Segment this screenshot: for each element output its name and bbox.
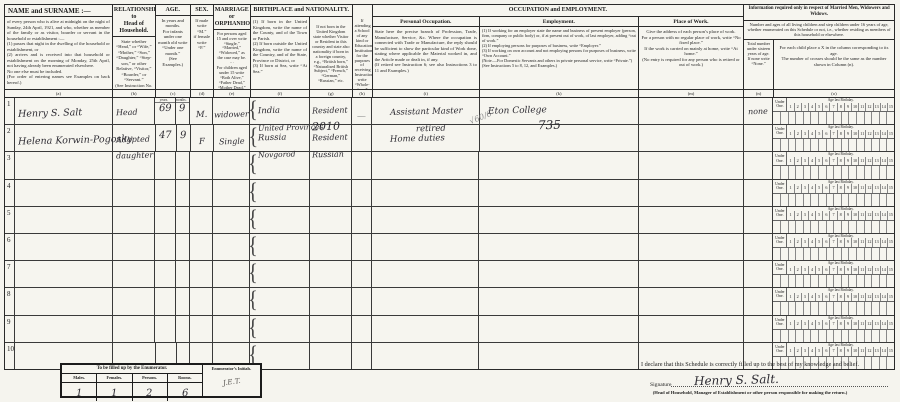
age-number-cell: 7 <box>829 211 836 220</box>
age-number-cell: 12 <box>865 184 872 193</box>
age-cross-box <box>857 166 865 178</box>
age-cross-box <box>789 166 797 178</box>
relationship-cell <box>113 261 156 287</box>
age-number-cell: 5 <box>815 211 822 220</box>
marriage-cell <box>213 288 250 314</box>
age-number-cell: 9 <box>844 347 851 356</box>
children-age-grid-cell: Under One.Age last Birthday.123456789101… <box>773 261 894 287</box>
children-total-cell <box>744 288 774 314</box>
children-band-subtitle: Number and ages of all living children a… <box>744 21 894 41</box>
age-cross-box <box>880 194 888 206</box>
table-header: NAME and SURNAME :— of every person who … <box>5 5 894 98</box>
age-cross-box <box>842 112 850 124</box>
age-number-cell: 6 <box>822 130 829 139</box>
age-cross-box <box>804 221 812 233</box>
relationship-column-instructions: State whether “Head,” or “Wife,” “Mother… <box>113 37 155 89</box>
handwriting-entry: M. <box>195 110 207 120</box>
age-cross-box <box>865 166 873 178</box>
enumerator-header: Persons. <box>133 374 168 382</box>
printed-brace: { <box>248 179 258 204</box>
age-number-cell: 12 <box>865 347 872 356</box>
enumerator-header: Rooms. <box>168 374 202 382</box>
age-number-cell: 4 <box>808 157 815 166</box>
age-number-cell: 12 <box>865 320 872 329</box>
age-number-cell: 11 <box>858 293 865 302</box>
age-cross-box <box>811 275 819 287</box>
age-number-cell: 10 <box>851 130 858 139</box>
age-cross-box <box>834 248 842 260</box>
age-months-subcell: 9 <box>175 98 189 124</box>
age-cross-box <box>819 166 827 178</box>
place-of-work-cell <box>639 207 744 233</box>
age-cross-box <box>834 139 842 151</box>
age-cross-box <box>781 112 789 124</box>
sex-cell <box>190 152 213 178</box>
age-number-cell: 3 <box>801 266 808 275</box>
printed-brace: { <box>248 206 258 231</box>
handwriting-entry: Single <box>219 137 245 147</box>
education-cell <box>352 152 372 178</box>
age-cross-box <box>819 275 827 287</box>
children-age-grid-cell: Under One.Age last Birthday.123456789101… <box>773 234 894 260</box>
age-number-cell: 13 <box>872 266 879 275</box>
age-number-cell: 2 <box>794 320 801 329</box>
name-column-title: NAME and SURNAME :— <box>5 5 112 17</box>
age-number-cell: 15 <box>887 293 894 302</box>
sex-cell <box>190 316 213 342</box>
age-cross-box <box>865 275 873 287</box>
age-cross-box <box>887 221 894 233</box>
age-cross-box <box>872 166 880 178</box>
age-cross-box <box>865 248 873 260</box>
relationship-cell <box>113 152 156 178</box>
age-cross-box <box>796 166 804 178</box>
age-cross-box <box>872 139 880 151</box>
age-number-cell: 13 <box>873 130 880 139</box>
birthplace-cell: { <box>250 207 310 233</box>
age-number-cell: 5 <box>815 347 822 356</box>
age-number-cell: 15 <box>887 157 894 166</box>
name-cell <box>15 316 113 342</box>
age-number-cell: 8 <box>837 238 844 247</box>
age-number-cell: 14 <box>880 266 887 275</box>
age-number-cell: 13 <box>872 157 879 166</box>
row-number-cell: 4 <box>5 180 15 206</box>
age-cross-box <box>842 221 850 233</box>
education-column-instructions: If attending a School of any kind or Edu… <box>353 5 372 89</box>
employment-cell: Eton College735 <box>480 98 639 124</box>
age-cross-box <box>811 302 819 314</box>
nationality-column-letter: (g) <box>310 89 352 97</box>
age-number-cell: 6 <box>822 157 829 166</box>
handwriting-entry: Resident <box>312 106 348 116</box>
age-number-cell: 4 <box>808 211 815 220</box>
under-one-label: Under One. <box>773 234 787 247</box>
marriage-cell <box>213 180 250 206</box>
enumerator-initials-handwriting: J.E.T. <box>223 371 241 389</box>
birthplace-cell: { <box>250 261 310 287</box>
row-number-cell: 7 <box>5 261 15 287</box>
age-cross-box <box>849 194 857 206</box>
nationality-cell <box>310 207 352 233</box>
age-number-cell: 8 <box>837 130 844 139</box>
age-cell <box>155 152 190 178</box>
age-number-cell: 8 <box>837 184 844 193</box>
age-cross-box <box>849 112 857 124</box>
age-cross-box <box>842 194 850 206</box>
age-number-cell: 3 <box>801 130 808 139</box>
education-cell <box>352 180 372 206</box>
age-cross-box <box>811 194 819 206</box>
age-years-subcell: 47 <box>156 125 177 151</box>
age-cross-box <box>880 330 888 342</box>
age-number-cell: 8 <box>837 266 844 275</box>
schedule-row: 6{Under One.Age last Birthday.1234567891… <box>5 234 894 261</box>
age-cross-box <box>827 330 835 342</box>
age-cross-box <box>819 221 827 233</box>
occupation-cell <box>372 316 480 342</box>
printed-brace: { <box>248 315 258 340</box>
children-age-grid: Under One.Age last Birthday.123456789101… <box>773 125 894 151</box>
under-one-label: Under One. <box>773 343 787 356</box>
age-number-cell: 11 <box>858 103 865 112</box>
age-column-instructions: In years and months. For infants under o… <box>156 16 190 89</box>
enumerator-header: Males. <box>62 374 97 382</box>
marriage-cell <box>213 261 250 287</box>
age-cross-box <box>796 302 804 314</box>
occupation-cell <box>372 261 480 287</box>
row-number-cell: 2 <box>5 125 15 151</box>
age-cross-box <box>887 330 894 342</box>
age-number-cell: 6 <box>822 211 829 220</box>
age-cross-box <box>827 166 835 178</box>
age-number-cell: 9 <box>844 211 851 220</box>
nationality-cell <box>310 261 352 287</box>
age-number-cell: 8 <box>837 347 844 356</box>
age-number-cell: 6 <box>822 266 829 275</box>
age-cross-box <box>842 330 850 342</box>
age-number-cell: 15 <box>887 211 894 220</box>
age-cross-box <box>781 248 789 260</box>
age-number-cell: 7 <box>829 293 836 302</box>
name-cell <box>15 288 113 314</box>
age-years-subcell <box>155 152 176 178</box>
age-cell <box>155 261 190 287</box>
birthplace-cell: { <box>250 234 310 260</box>
marriage-cell: widower <box>213 98 250 124</box>
age-number-cell: 7 <box>829 103 836 112</box>
age-number-cell: 2 <box>794 238 801 247</box>
age-number-cell: 15 <box>887 347 894 356</box>
nationality-cell <box>310 152 352 178</box>
place-of-work-cell <box>639 152 744 178</box>
schedule-row: 5{Under One.Age last Birthday.1234567891… <box>5 207 894 234</box>
signature-handwriting: Henry S. Salt. <box>694 372 779 388</box>
age-number-cell: 5 <box>815 238 822 247</box>
age-number-cell: 8 <box>837 320 844 329</box>
age-cross-box <box>811 112 819 124</box>
age-cross-box <box>880 166 888 178</box>
age-number-cell: 14 <box>880 320 887 329</box>
under-one-label: Under One. <box>773 180 787 193</box>
age-number-cell: 10 <box>851 293 858 302</box>
age-number-cell: 13 <box>872 238 879 247</box>
children-total-cell <box>744 316 774 342</box>
age-cross-box <box>819 194 827 206</box>
age-cross-box <box>842 302 850 314</box>
education-cell <box>352 207 372 233</box>
employment-cell <box>479 261 638 287</box>
children-age-grid: Under One.Age last Birthday.123456789101… <box>773 152 894 178</box>
age-cross-box <box>789 112 797 124</box>
age-cross-box <box>804 194 812 206</box>
relationship-cell: Adopteddaughter <box>113 125 156 151</box>
schedule-row: 1Henry S. SaltHeadyears.months.699M.wido… <box>5 98 894 125</box>
header-birthplace-column: (1) If born in the United Kingdom, write… <box>251 17 310 97</box>
occupation-cell <box>372 180 480 206</box>
age-cross-box <box>827 221 835 233</box>
age-cross-box <box>773 248 781 260</box>
place-of-work-cell <box>639 125 744 151</box>
age-number-cell: 3 <box>801 211 808 220</box>
birthplace-cell: { <box>250 288 310 314</box>
marriage-cell <box>213 234 250 260</box>
occupation-cell <box>372 152 480 178</box>
place-of-work-cell <box>639 316 744 342</box>
age-cross-box <box>781 302 789 314</box>
age-number-cell: 4 <box>808 320 815 329</box>
age-number-cell: 6 <box>822 184 829 193</box>
age-number-cell: 12 <box>865 238 872 247</box>
employment-cell <box>480 125 639 151</box>
age-number-cell: 6 <box>822 103 829 112</box>
age-cross-box <box>796 112 804 124</box>
children-age-grid: Under One.Age last Birthday.123456789101… <box>773 180 894 206</box>
age-cell <box>155 207 190 233</box>
sex-column-title: SEX. <box>191 5 213 16</box>
age-cross-box <box>804 302 812 314</box>
enumerator-counts: To be filled up by the Enumerator. Males… <box>62 365 203 396</box>
schedule-row: 8{Under One.Age last Birthday.1234567891… <box>5 288 894 315</box>
marriage-column-title: MARRIAGE or ORPHANHOOD. <box>214 5 250 30</box>
age-months-subcell: 9 <box>176 125 190 151</box>
age-number-cell: 9 <box>844 238 851 247</box>
education-cell: — <box>352 98 372 124</box>
age-column-letter: (c) <box>156 89 190 97</box>
age-cross-box <box>773 166 781 178</box>
schedule-row: 7{Under One.Age last Birthday.1234567891… <box>5 261 894 288</box>
children-age-grid-cell: Under One.Age last Birthday.123456789101… <box>773 207 894 233</box>
age-number-cell: 14 <box>880 238 887 247</box>
handwriting-entry: F <box>199 137 205 147</box>
age-cross-box <box>811 166 819 178</box>
age-cross-box <box>887 275 894 287</box>
age-cross-box <box>789 221 797 233</box>
handwriting-entry: Adopted <box>116 135 150 145</box>
age-number-cell: 13 <box>873 347 880 356</box>
sex-column-instructions: If male write “M.” if female write “F.” <box>191 16 213 89</box>
age-number-cell: 7 <box>830 130 837 139</box>
age-cross-box <box>804 275 812 287</box>
name-column-letter: (a) <box>5 89 112 97</box>
age-months-subcell <box>175 234 189 260</box>
age-number-cell: 9 <box>844 320 851 329</box>
age-column-title: AGE. <box>156 5 190 16</box>
age-number-cell: 5 <box>815 130 822 139</box>
relationship-column-letter: (b) <box>113 89 155 97</box>
place-of-work-instructions: Give the address of each person’s place … <box>639 27 743 89</box>
age-number-cell: 11 <box>858 266 865 275</box>
under-one-label: Under One. <box>773 98 787 111</box>
age-cross-box <box>789 275 797 287</box>
age-number-cell: 15 <box>887 130 894 139</box>
age-cross-box <box>880 112 888 124</box>
schedule-row: 3{Under One.Age last Birthday.1234567891… <box>5 152 894 179</box>
age-cross-box <box>849 139 857 151</box>
enumerator-value: 1 <box>62 383 97 401</box>
header-birthplace-band: BIRTHPLACE and NATIONALITY. (1) If born … <box>251 5 353 97</box>
age-number-cell: 3 <box>801 157 808 166</box>
sex-column-letter: (d) <box>191 89 213 97</box>
header-nationality-column: If not born in the United Kingdom state … <box>310 17 352 97</box>
age-number-cell: 3 <box>801 184 808 193</box>
handwriting-entry: Russia <box>258 133 287 144</box>
age-cross-box <box>811 330 819 342</box>
education-column-letter: (h) <box>353 89 372 97</box>
age-number-cell: 12 <box>865 103 872 112</box>
children-age-grid-cell: Under One.Age last Birthday.123456789101… <box>773 125 894 151</box>
age-cross-box <box>857 221 865 233</box>
enumerator-value: 2 <box>133 383 168 401</box>
education-cell <box>352 234 372 260</box>
children-age-grid: Under One.Age last Birthday.123456789101… <box>773 234 894 260</box>
age-cross-box <box>789 302 797 314</box>
age-number-cell: 14 <box>880 103 887 112</box>
name-cell <box>15 234 113 260</box>
age-number-cell: 6 <box>822 320 829 329</box>
age-cross-box <box>887 194 894 206</box>
age-cross-box <box>872 302 880 314</box>
printed-brace: { <box>248 125 258 150</box>
table-body: 1Henry S. SaltHeadyears.months.699M.wido… <box>5 98 894 369</box>
occupation-cell: Home duties <box>372 125 480 151</box>
age-cross-box <box>887 302 894 314</box>
education-cell <box>352 261 372 287</box>
age-cell <box>155 234 190 260</box>
age-number-cell: 11 <box>858 157 865 166</box>
age-number-cell: 5 <box>815 320 822 329</box>
age-cross-box <box>880 275 888 287</box>
enumerator-box-title: To be filled up by the Enumerator. <box>62 365 202 374</box>
enumerator-box: To be filled up by the Enumerator. Males… <box>60 363 262 398</box>
children-age-grid-cell: Under One.Age last Birthday.123456789101… <box>773 180 894 206</box>
handwriting-entry: 6 <box>182 388 189 399</box>
age-cross-box <box>834 330 842 342</box>
personal-occupation-letter: (i) <box>373 89 479 97</box>
age-cross-box <box>849 275 857 287</box>
nationality-cell <box>310 234 352 260</box>
children-total-cell <box>744 180 774 206</box>
age-number-cell: 10 <box>851 320 858 329</box>
age-cross-box <box>872 221 880 233</box>
age-cross-box <box>857 330 865 342</box>
birthplace-cell: {IndiaUnited Provinces <box>250 98 310 124</box>
census-schedule-sheet: NAME and SURNAME :— of every person who … <box>0 0 900 402</box>
age-number-cell: 6 <box>822 293 829 302</box>
header-children-grid-column: For each child place a X in the column c… <box>774 40 894 97</box>
age-number-cell: 10 <box>851 266 858 275</box>
marriage-cell <box>213 207 250 233</box>
age-cross-box <box>796 221 804 233</box>
age-cross-box <box>887 112 894 124</box>
handwriting-entry: widower <box>214 110 249 120</box>
under-one-label: Under One. <box>773 152 787 165</box>
marriage-column-letter: (e) <box>214 89 250 97</box>
occupation-band-title: OCCUPATION and EMPLOYMENT. <box>373 5 744 17</box>
age-cross-box <box>857 194 865 206</box>
age-number-cell: 7 <box>829 238 836 247</box>
age-number-cell: 4 <box>808 184 815 193</box>
age-years-subcell <box>155 316 176 342</box>
age-number-cell: 3 <box>801 347 808 356</box>
place-of-work-title: Place of Work. <box>639 17 743 27</box>
age-cross-box <box>849 330 857 342</box>
age-cross-box <box>880 248 888 260</box>
age-cross-box <box>857 112 865 124</box>
education-cell <box>352 343 372 369</box>
handwriting-entry: Home duties <box>390 133 445 144</box>
employment-title: Employment. <box>480 17 638 27</box>
age-number-cell: 2 <box>794 103 801 112</box>
age-cross-box <box>842 139 850 151</box>
handwriting-entry: none <box>748 107 768 117</box>
children-age-grid: Under One.Age last Birthday.123456789101… <box>773 261 894 287</box>
age-cross-box <box>804 112 812 124</box>
employment-cell <box>479 316 638 342</box>
name-cell <box>15 180 113 206</box>
age-number-cell: 10 <box>851 347 858 356</box>
education-cell <box>352 316 372 342</box>
employment-cell <box>479 207 638 233</box>
enumerator-initials-cell: Enumerator’s Initials. J.E.T. <box>203 365 260 396</box>
age-number-cell: 4 <box>808 103 815 112</box>
handwriting-entry: 1 <box>76 388 83 399</box>
age-cross-box <box>819 330 827 342</box>
birthplace-column-instructions: (1) If born in the United Kingdom, write… <box>251 17 309 89</box>
age-years-subcell <box>155 261 176 287</box>
age-number-cell: 7 <box>829 157 836 166</box>
age-cross-box <box>834 221 842 233</box>
age-cross-box <box>789 248 797 260</box>
age-number-cell: 5 <box>815 293 822 302</box>
age-cross-box <box>796 248 804 260</box>
age-cross-box <box>887 139 894 151</box>
header-education-column: If attending a School of any kind or Edu… <box>353 5 373 97</box>
employment-cell <box>479 180 638 206</box>
signature-row: Signature Henry S. Salt. <box>604 370 896 389</box>
age-cross-box <box>804 166 812 178</box>
handwriting-entry: 69 <box>159 103 172 114</box>
age-number-cell: 7 <box>829 266 836 275</box>
place-of-work-cell <box>639 288 744 314</box>
age-number-cell: 7 <box>829 320 836 329</box>
age-years-subcell <box>155 288 176 314</box>
nationality-cell: Resident2010 <box>310 98 352 124</box>
employment-cell <box>479 152 638 178</box>
age-cross-box <box>819 139 827 151</box>
age-number-cell: 4 <box>808 130 815 139</box>
age-number-cell: 4 <box>808 238 815 247</box>
